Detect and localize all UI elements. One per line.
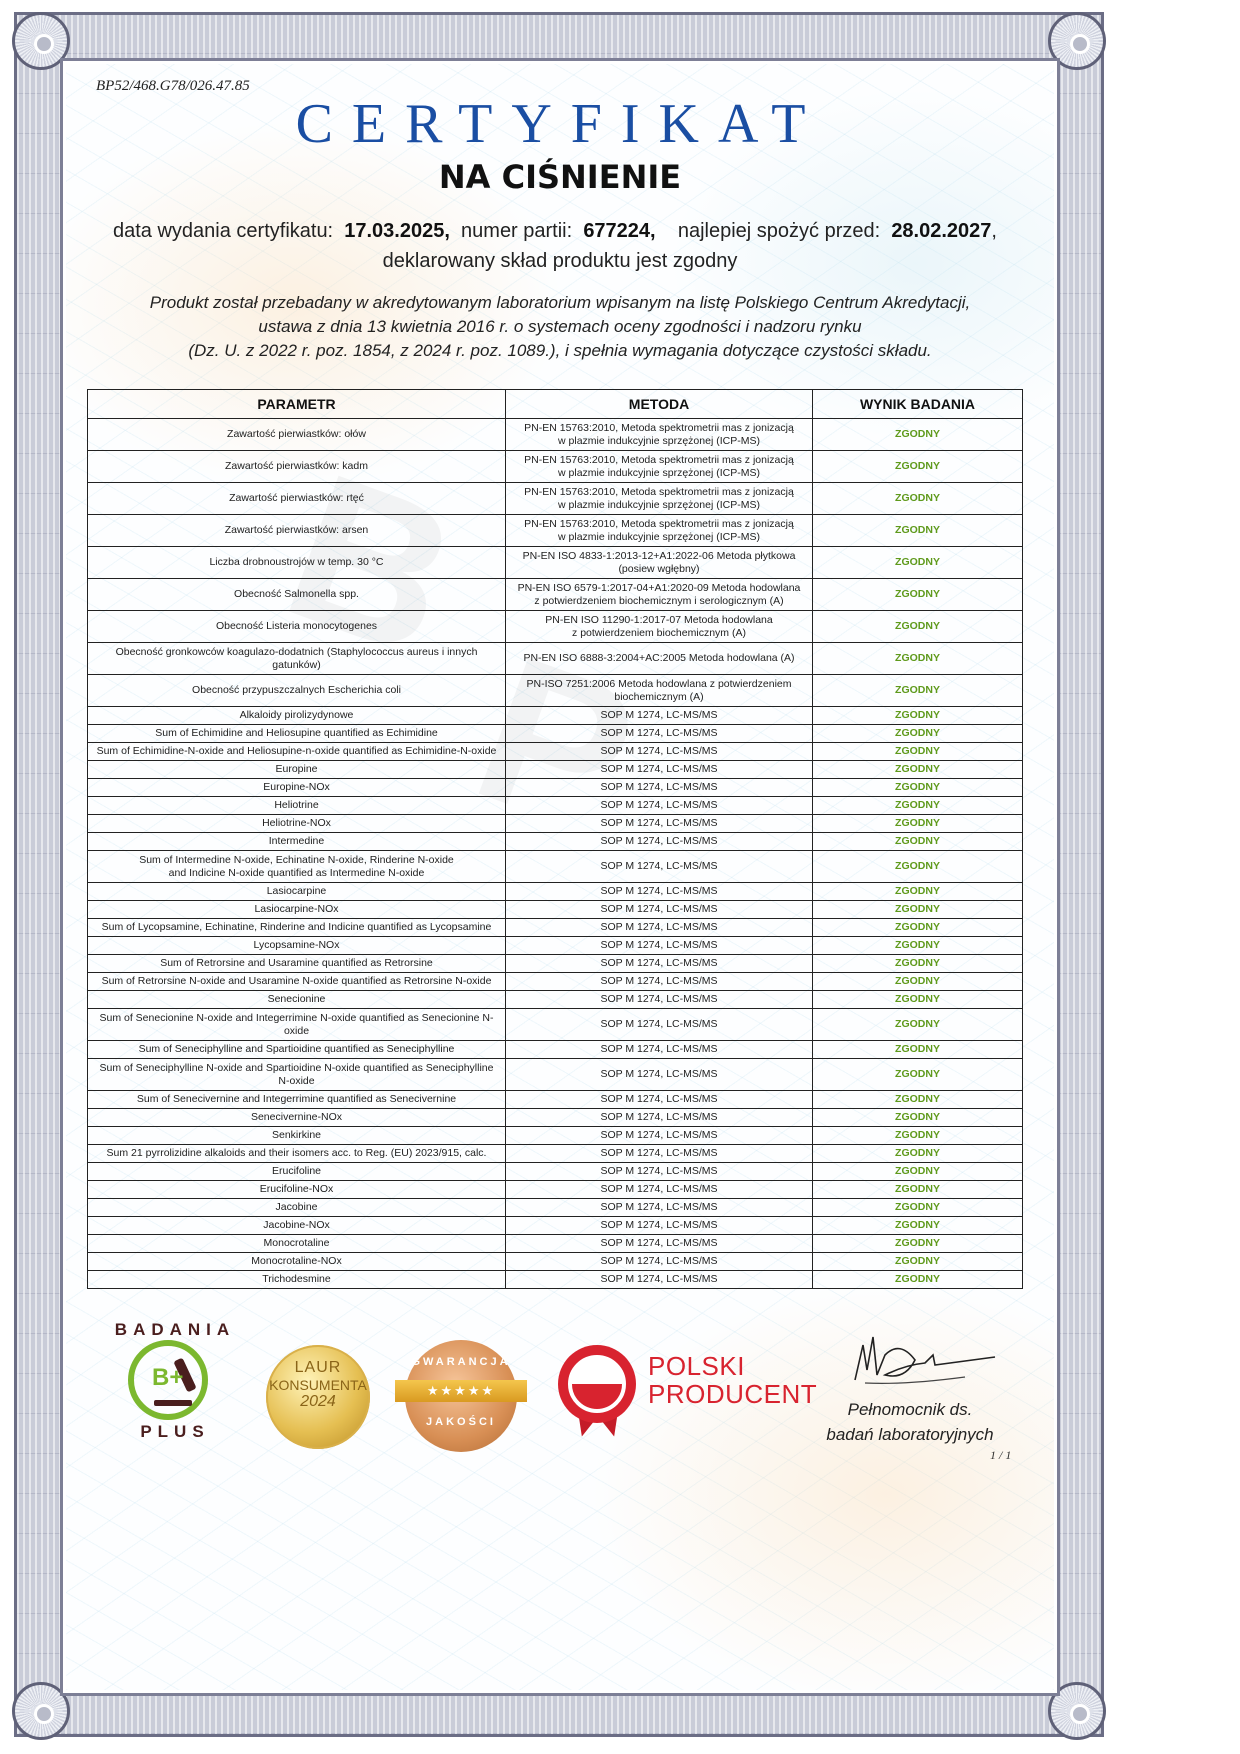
gwarancja-jakosci-seal: GWARANCJA ★★★★★ JAKOŚCI	[405, 1340, 517, 1452]
certificate-meta-line: data wydania certyfikatu: 17.03.2025, nu…	[0, 220, 1110, 243]
producer-line-1: POLSKI	[648, 1352, 817, 1380]
best-before-date: 28.02.2027	[891, 220, 991, 242]
table-row: Alkaloidy pirolizydynoweSOP M 1274, LC-M…	[88, 707, 1023, 725]
table-row: Europine-NOxSOP M 1274, LC-MS/MSZGODNY	[88, 779, 1023, 797]
cell-parameter: Senecivernine-NOx	[88, 1109, 506, 1127]
cell-result: ZGODNY	[813, 515, 1023, 547]
cell-result: ZGODNY	[813, 483, 1023, 515]
cell-method: SOP M 1274, LC-MS/MS	[506, 707, 813, 725]
cell-result: ZGODNY	[813, 919, 1023, 937]
cell-result: ZGODNY	[813, 973, 1023, 991]
cell-result: ZGODNY	[813, 1091, 1023, 1109]
table-row: Heliotrine-NOxSOP M 1274, LC-MS/MSZGODNY	[88, 815, 1023, 833]
table-row: Liczba drobnoustrojów w temp. 30 °CPN-EN…	[88, 547, 1023, 579]
cell-parameter: Trichodesmine	[88, 1271, 506, 1289]
cell-parameter: Sum of Senecionine N-oxide and Integerri…	[88, 1009, 506, 1041]
issue-date-label: data wydania certyfikatu:	[113, 220, 333, 242]
rosette-icon	[558, 1345, 636, 1423]
issue-date: 17.03.2025,	[344, 220, 450, 242]
cell-method: SOP M 1274, LC-MS/MS	[506, 1235, 813, 1253]
table-row: Obecność Salmonella spp.PN-EN ISO 6579-1…	[88, 579, 1023, 611]
cell-method: SOP M 1274, LC-MS/MS	[506, 1009, 813, 1041]
table-row: Sum of Retrorsine and Usaramine quantifi…	[88, 955, 1023, 973]
cell-method: SOP M 1274, LC-MS/MS	[506, 815, 813, 833]
table-row: Sum of Retrorsine N-oxide and Usaramine …	[88, 973, 1023, 991]
compliance-line: deklarowany skład produktu jest zgodny	[0, 250, 1120, 273]
results-table-body: Zawartość pierwiastków: ołówPN-EN 15763:…	[88, 419, 1023, 1289]
batch-label: numer partii:	[461, 220, 572, 242]
cell-method: SOP M 1274, LC-MS/MS	[506, 919, 813, 937]
cell-method: PN-EN ISO 11290-1:2017-07 Metoda hodowla…	[506, 611, 813, 643]
cell-method: SOP M 1274, LC-MS/MS	[506, 901, 813, 919]
cell-result: ZGODNY	[813, 1271, 1023, 1289]
cell-parameter: Heliotrine-NOx	[88, 815, 506, 833]
cell-result: ZGODNY	[813, 743, 1023, 761]
trailing-comma: ,	[991, 220, 997, 242]
cell-parameter: Erucifoline	[88, 1163, 506, 1181]
cell-result: ZGODNY	[813, 779, 1023, 797]
cell-method: SOP M 1274, LC-MS/MS	[506, 883, 813, 901]
cell-parameter: Sum 21 pyrrolizidine alkaloids and their…	[88, 1145, 506, 1163]
cell-parameter: Jacobine	[88, 1199, 506, 1217]
table-row: Sum of Senecionine N-oxide and Integerri…	[88, 1009, 1023, 1041]
signatory-role-line-1: Pełnomocnik ds.	[800, 1397, 1020, 1422]
cell-parameter: Zawartość pierwiastków: ołów	[88, 419, 506, 451]
cell-method: SOP M 1274, LC-MS/MS	[506, 955, 813, 973]
certificate-subtitle: NA CIŚNIENIE	[0, 158, 1120, 196]
cell-method: SOP M 1274, LC-MS/MS	[506, 779, 813, 797]
cell-method: SOP M 1274, LC-MS/MS	[506, 797, 813, 815]
certificate-title: CERTYFIKAT	[0, 92, 1120, 156]
cell-method: SOP M 1274, LC-MS/MS	[506, 1059, 813, 1091]
cell-parameter: Sum of Intermedine N-oxide, Echinatine N…	[88, 851, 506, 883]
cell-result: ZGODNY	[813, 797, 1023, 815]
cell-method: SOP M 1274, LC-MS/MS	[506, 1041, 813, 1059]
table-row: Sum 21 pyrrolizidine alkaloids and their…	[88, 1145, 1023, 1163]
table-row: Sum of Echimidine and Heliosupine quanti…	[88, 725, 1023, 743]
cell-method: SOP M 1274, LC-MS/MS	[506, 725, 813, 743]
cell-parameter: Obecność Listeria monocytogenes	[88, 611, 506, 643]
cell-result: ZGODNY	[813, 955, 1023, 973]
polish-flag-icon	[568, 1355, 626, 1413]
table-row: Sum of Lycopsamine, Echinatine, Rinderin…	[88, 919, 1023, 937]
cell-parameter: Sum of Retrorsine and Usaramine quantifi…	[88, 955, 506, 973]
cell-result: ZGODNY	[813, 1127, 1023, 1145]
cell-parameter: Sum of Senecivernine and Integerrimine q…	[88, 1091, 506, 1109]
table-row: HeliotrineSOP M 1274, LC-MS/MSZGODNY	[88, 797, 1023, 815]
cell-result: ZGODNY	[813, 579, 1023, 611]
cell-result: ZGODNY	[813, 1199, 1023, 1217]
cell-result: ZGODNY	[813, 1109, 1023, 1127]
cell-result: ZGODNY	[813, 611, 1023, 643]
medal-line-2: KONSUMENTA	[266, 1377, 370, 1393]
table-row: Monocrotaline-NOxSOP M 1274, LC-MS/MSZGO…	[88, 1253, 1023, 1271]
cell-method: SOP M 1274, LC-MS/MS	[506, 937, 813, 955]
cell-parameter: Obecność gronkowców koagulazo-dodatnich …	[88, 643, 506, 675]
cell-result: ZGODNY	[813, 707, 1023, 725]
cell-method: SOP M 1274, LC-MS/MS	[506, 761, 813, 779]
cell-result: ZGODNY	[813, 643, 1023, 675]
cell-result: ZGODNY	[813, 761, 1023, 779]
cell-method: SOP M 1274, LC-MS/MS	[506, 851, 813, 883]
cell-parameter: Lasiocarpine-NOx	[88, 901, 506, 919]
statement-line-3: (Dz. U. z 2022 r. poz. 1854, z 2024 r. p…	[0, 339, 1120, 363]
badge-center-text: B+	[152, 1364, 183, 1392]
best-before-label: najlepiej spożyć przed:	[678, 220, 880, 242]
cell-parameter: Sum of Seneciphylline N-oxide and Sparti…	[88, 1059, 506, 1091]
badge-text-top: BADANIA	[110, 1320, 240, 1340]
cell-result: ZGODNY	[813, 937, 1023, 955]
table-row: SenecionineSOP M 1274, LC-MS/MSZGODNY	[88, 991, 1023, 1009]
cell-method: PN-ISO 7251:2006 Metoda hodowlana z potw…	[506, 675, 813, 707]
table-row: Sum of Seneciphylline and Spartioidine q…	[88, 1041, 1023, 1059]
table-row: Obecność gronkowców koagulazo-dodatnich …	[88, 643, 1023, 675]
cell-result: ZGODNY	[813, 1145, 1023, 1163]
table-row: Jacobine-NOxSOP M 1274, LC-MS/MSZGODNY	[88, 1217, 1023, 1235]
cell-parameter: Obecność Salmonella spp.	[88, 579, 506, 611]
cell-result: ZGODNY	[813, 1235, 1023, 1253]
seal-text-top: GWARANCJA	[405, 1356, 517, 1368]
cell-method: PN-EN 15763:2010, Metoda spektrometrii m…	[506, 451, 813, 483]
cell-parameter: Sum of Seneciphylline and Spartioidine q…	[88, 1041, 506, 1059]
table-row: MonocrotalineSOP M 1274, LC-MS/MSZGODNY	[88, 1235, 1023, 1253]
cell-result: ZGODNY	[813, 675, 1023, 707]
table-row: JacobineSOP M 1274, LC-MS/MSZGODNY	[88, 1199, 1023, 1217]
header-parameter: PARAMETR	[88, 390, 506, 419]
microscope-base-icon	[154, 1400, 192, 1406]
cell-parameter: Senkirkine	[88, 1127, 506, 1145]
cell-method: SOP M 1274, LC-MS/MS	[506, 743, 813, 761]
results-table: PARAMETR METODA WYNIK BADANIA Zawartość …	[87, 389, 1023, 1289]
cell-method: SOP M 1274, LC-MS/MS	[506, 1253, 813, 1271]
cell-method: SOP M 1274, LC-MS/MS	[506, 1271, 813, 1289]
badge-text-bottom: PLUS	[110, 1422, 240, 1442]
cell-method: SOP M 1274, LC-MS/MS	[506, 1145, 813, 1163]
cell-result: ZGODNY	[813, 901, 1023, 919]
table-row: Senecivernine-NOxSOP M 1274, LC-MS/MSZGO…	[88, 1109, 1023, 1127]
cell-result: ZGODNY	[813, 419, 1023, 451]
cell-result: ZGODNY	[813, 1009, 1023, 1041]
table-row: ErucifolineSOP M 1274, LC-MS/MSZGODNY	[88, 1163, 1023, 1181]
table-row: Obecność przypuszczalnych Escherichia co…	[88, 675, 1023, 707]
cell-parameter: Jacobine-NOx	[88, 1217, 506, 1235]
cell-method: SOP M 1274, LC-MS/MS	[506, 1127, 813, 1145]
cell-parameter: Europine	[88, 761, 506, 779]
cell-result: ZGODNY	[813, 1163, 1023, 1181]
cell-parameter: Monocrotaline-NOx	[88, 1253, 506, 1271]
table-row: Zawartość pierwiastków: rtęćPN-EN 15763:…	[88, 483, 1023, 515]
cell-parameter: Sum of Echimidine and Heliosupine quanti…	[88, 725, 506, 743]
signatory-role-line-2: badań laboratoryjnych	[800, 1422, 1020, 1447]
cell-result: ZGODNY	[813, 991, 1023, 1009]
table-row: Zawartość pierwiastków: arsenPN-EN 15763…	[88, 515, 1023, 547]
table-row: Lasiocarpine-NOxSOP M 1274, LC-MS/MSZGOD…	[88, 901, 1023, 919]
cell-parameter: Alkaloidy pirolizydynowe	[88, 707, 506, 725]
cell-method: SOP M 1274, LC-MS/MS	[506, 1109, 813, 1127]
cell-method: SOP M 1274, LC-MS/MS	[506, 1217, 813, 1235]
cell-result: ZGODNY	[813, 547, 1023, 579]
cell-result: ZGODNY	[813, 1181, 1023, 1199]
cell-parameter: Monocrotaline	[88, 1235, 506, 1253]
table-row: TrichodesmineSOP M 1274, LC-MS/MSZGODNY	[88, 1271, 1023, 1289]
stars-icon: ★★★★★	[395, 1380, 527, 1402]
cell-parameter: Europine-NOx	[88, 779, 506, 797]
table-row: IntermedineSOP M 1274, LC-MS/MSZGODNY	[88, 833, 1023, 851]
producer-line-2: PRODUCENT	[648, 1380, 817, 1408]
cell-parameter: Senecionine	[88, 991, 506, 1009]
cell-method: PN-EN ISO 6579-1:2017-04+A1:2020-09 Meto…	[506, 579, 813, 611]
cell-result: ZGODNY	[813, 725, 1023, 743]
cell-parameter: Zawartość pierwiastków: rtęć	[88, 483, 506, 515]
cell-parameter: Intermedine	[88, 833, 506, 851]
table-row: Sum of Senecivernine and Integerrimine q…	[88, 1091, 1023, 1109]
table-row: Sum of Seneciphylline N-oxide and Sparti…	[88, 1059, 1023, 1091]
table-row: Sum of Echimidine-N-oxide and Heliosupin…	[88, 743, 1023, 761]
page-number: 1 / 1	[990, 1448, 1011, 1463]
cell-parameter: Zawartość pierwiastków: arsen	[88, 515, 506, 547]
cell-parameter: Heliotrine	[88, 797, 506, 815]
badania-plus-badge: BADANIA B+ PLUS	[108, 1318, 238, 1448]
medal-year: 2024	[266, 1393, 370, 1411]
cell-result: ZGODNY	[813, 883, 1023, 901]
table-row: Zawartość pierwiastków: kadmPN-EN 15763:…	[88, 451, 1023, 483]
cell-parameter: Zawartość pierwiastków: kadm	[88, 451, 506, 483]
table-row: Erucifoline-NOxSOP M 1274, LC-MS/MSZGODN…	[88, 1181, 1023, 1199]
cell-parameter: Sum of Echimidine-N-oxide and Heliosupin…	[88, 743, 506, 761]
cell-result: ZGODNY	[813, 851, 1023, 883]
cell-method: SOP M 1274, LC-MS/MS	[506, 833, 813, 851]
cell-method: SOP M 1274, LC-MS/MS	[506, 1091, 813, 1109]
polski-producent-text: POLSKI PRODUCENT	[648, 1352, 817, 1408]
cell-method: SOP M 1274, LC-MS/MS	[506, 991, 813, 1009]
batch-number: 677224,	[583, 220, 655, 242]
accreditation-statement: Produkt został przebadany w akredytowany…	[0, 291, 1120, 363]
cell-method: PN-EN ISO 4833-1:2013-12+A1:2022-06 Meto…	[506, 547, 813, 579]
cell-result: ZGODNY	[813, 815, 1023, 833]
signature-icon	[845, 1325, 1005, 1395]
cell-result: ZGODNY	[813, 1253, 1023, 1271]
cell-method: SOP M 1274, LC-MS/MS	[506, 1163, 813, 1181]
cell-result: ZGODNY	[813, 1217, 1023, 1235]
table-row: EuropineSOP M 1274, LC-MS/MSZGODNY	[88, 761, 1023, 779]
cell-method: SOP M 1274, LC-MS/MS	[506, 1181, 813, 1199]
cell-result: ZGODNY	[813, 1059, 1023, 1091]
seal-text-bottom: JAKOŚCI	[405, 1416, 517, 1428]
table-row: Zawartość pierwiastków: ołówPN-EN 15763:…	[88, 419, 1023, 451]
header-result: WYNIK BADANIA	[813, 390, 1023, 419]
cell-method: SOP M 1274, LC-MS/MS	[506, 1199, 813, 1217]
cell-result: ZGODNY	[813, 1041, 1023, 1059]
cell-method: SOP M 1274, LC-MS/MS	[506, 973, 813, 991]
statement-line-1: Produkt został przebadany w akredytowany…	[0, 291, 1120, 315]
cell-method: PN-EN 15763:2010, Metoda spektrometrii m…	[506, 419, 813, 451]
cell-result: ZGODNY	[813, 451, 1023, 483]
cell-parameter: Obecność przypuszczalnych Escherichia co…	[88, 675, 506, 707]
cell-method: PN-EN ISO 6888-3:2004+AC:2005 Metoda hod…	[506, 643, 813, 675]
cell-parameter: Lycopsamine-NOx	[88, 937, 506, 955]
cell-method: PN-EN 15763:2010, Metoda spektrometrii m…	[506, 515, 813, 547]
header-method: METODA	[506, 390, 813, 419]
table-row: Lycopsamine-NOxSOP M 1274, LC-MS/MSZGODN…	[88, 937, 1023, 955]
table-row: SenkirkineSOP M 1274, LC-MS/MSZGODNY	[88, 1127, 1023, 1145]
table-row: Sum of Intermedine N-oxide, Echinatine N…	[88, 851, 1023, 883]
cell-method: PN-EN 15763:2010, Metoda spektrometrii m…	[506, 483, 813, 515]
table-row: Obecność Listeria monocytogenesPN-EN ISO…	[88, 611, 1023, 643]
signatory-role: Pełnomocnik ds. badań laboratoryjnych	[800, 1397, 1020, 1447]
cell-parameter: Sum of Lycopsamine, Echinatine, Rinderin…	[88, 919, 506, 937]
cell-result: ZGODNY	[813, 833, 1023, 851]
table-row: LasiocarpineSOP M 1274, LC-MS/MSZGODNY	[88, 883, 1023, 901]
table-header-row: PARAMETR METODA WYNIK BADANIA	[88, 390, 1023, 419]
cell-parameter: Sum of Retrorsine N-oxide and Usaramine …	[88, 973, 506, 991]
laur-konsumenta-medal: LAUR KONSUMENTA 2024	[266, 1345, 370, 1449]
statement-line-2: ustawa z dnia 13 kwietnia 2016 r. o syst…	[0, 315, 1120, 339]
medal-line-1: LAUR	[266, 1359, 370, 1377]
cell-parameter: Liczba drobnoustrojów w temp. 30 °C	[88, 547, 506, 579]
cell-parameter: Lasiocarpine	[88, 883, 506, 901]
cell-parameter: Erucifoline-NOx	[88, 1181, 506, 1199]
